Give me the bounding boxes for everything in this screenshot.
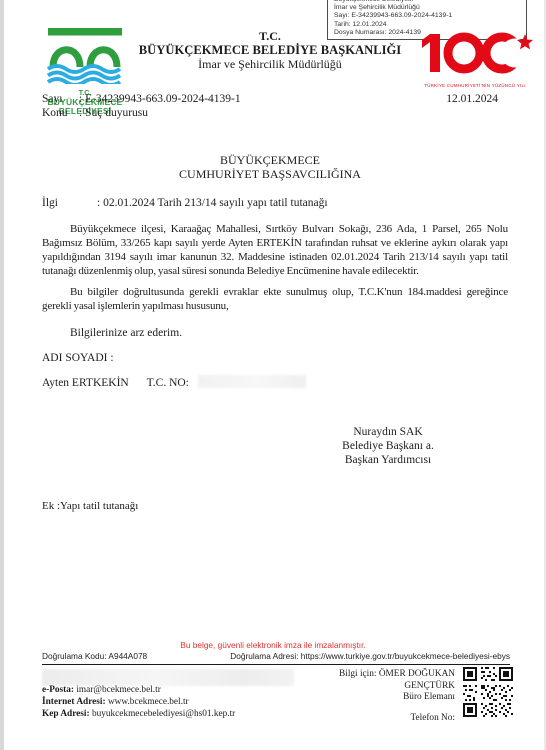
konu-value: : Suç duyurusu [79,107,148,119]
internet-label: İnternet Adresi: [42,697,106,707]
meta-konu-row: Konu: Suç duyurusu [42,107,498,121]
signer-role-2: Başkan Yardımcısı [303,453,473,467]
verification-row: Doğrulama Kodu: A944A078 Doğrulama Adres… [42,651,510,661]
addressee-line1: BÜYÜKÇEKMECE [42,153,498,167]
sayi-label: Sayı [42,93,79,107]
addressee-line2: CUMHURİYET BAŞSAVCILIĞINA [42,167,498,181]
verification-address: Doğrulama Adresi: https://www.turkiye.go… [230,651,510,661]
contact-eposta-row: e-Posta: imar@bcekmece.bel.tr [42,685,235,697]
document-page: Büyükçekmece Belediyesi İmar ve Şehircil… [0,0,546,750]
redacted-address-block [42,669,294,686]
centenary-100-icon [416,30,534,76]
verification-code: Doğrulama Kodu: A944A078 [42,651,147,661]
contact-internet-row: İnternet Adresi: www.bcekmece.bel.tr [42,697,235,709]
stamp-date: Tarih: 12.01.2024 [334,21,520,29]
redacted-tc-number [198,375,306,388]
closing-line: Bilgilerinize arz ederim. [70,327,182,339]
ilgi-label: İlgi [42,197,97,209]
addressee-block: BÜYÜKÇEKMECE CUMHURİYET BAŞSAVCILIĞINA [42,153,498,181]
info-role: Büro Elemanı [339,692,455,704]
attachment-line: Ek :Yapı tatil tutanağı [42,500,138,512]
eposta-label: e-Posta: [42,685,74,695]
esign-notice: Bu belge, güvenli elektronik imza ile im… [0,640,546,650]
info-name2: GENÇTÜRK [339,681,455,693]
signer-name: Nuraydın SAK [303,425,473,439]
body-paragraph-1: Büyükçekmece ilçesi, Karaağaç Mahallesi,… [42,222,508,278]
document-meta: Sayı: E-34239943-663.09-2024-4139-1 12.0… [42,93,498,120]
signer-role-1: Belediye Başkanı a. [303,439,473,453]
person-row: Ayten ERTKEKİN T.C. NO: [42,375,306,389]
info-label: Bilgi için: [339,669,376,679]
contact-kep-row: Kep Adresi: buyukcekmecebelediyesi@hs01.… [42,709,235,721]
body-paragraph-2: Bu bilgiler doğrultusunda gerekli evrakl… [42,285,508,313]
sayi-value: : E-34239943-663.09-2024-4139-1 [79,93,241,105]
centenary-logo: TÜRKİYE CUMHURİYETİ'NİN YÜZÜNCÜ YILI [413,30,537,88]
adi-soyadi-label: ADI SOYADI : [42,352,114,364]
contact-block: e-Posta: imar@bcekmece.bel.tr İnternet A… [42,685,235,720]
ilgi-row: İlgi: 02.01.2024 Tarih 213/14 sayılı yap… [42,197,328,209]
phone-label: Telefon No: [339,713,455,725]
info-block: Bilgi için: ÖMER DOĞUKAN GENÇTÜRK Büro E… [339,669,455,724]
kep-label: Kep Adresi: [42,709,90,719]
info-name1: ÖMER DOĞUKAN [379,669,455,679]
person-tc-label: T.C. NO: [147,377,189,389]
konu-label: Konu [42,107,79,121]
meta-sayi-row: Sayı: E-34239943-663.09-2024-4139-1 12.0… [42,93,498,107]
eposta-value: imar@bcekmece.bel.tr [76,685,160,695]
qr-code [461,667,515,717]
stamp-dept: İmar ve Şehircilik Müdürlüğü [334,4,520,12]
info-line1: Bilgi için: ÖMER DOĞUKAN [339,669,455,681]
document-date: 12.01.2024 [446,93,498,107]
footer-divider [42,664,510,665]
ilgi-value: : 02.01.2024 Tarih 213/14 sayılı yapı ta… [97,197,328,209]
stamp-number: Sayı: E-34239943-663.09-2024-4139-1 [334,12,520,20]
signature-block: Nuraydın SAK Belediye Başkanı a. Başkan … [303,425,473,467]
centenary-caption: TÜRKİYE CUMHURİYETİ'NİN YÜZÜNCÜ YILI [413,83,537,88]
person-name: Ayten ERTKEKİN [42,377,129,389]
kep-value: buyukcekmecebelediyesi@hs01.kep.tr [92,709,235,719]
scan-edge-left [0,0,4,750]
internet-value: www.bcekmece.bel.tr [108,697,189,707]
